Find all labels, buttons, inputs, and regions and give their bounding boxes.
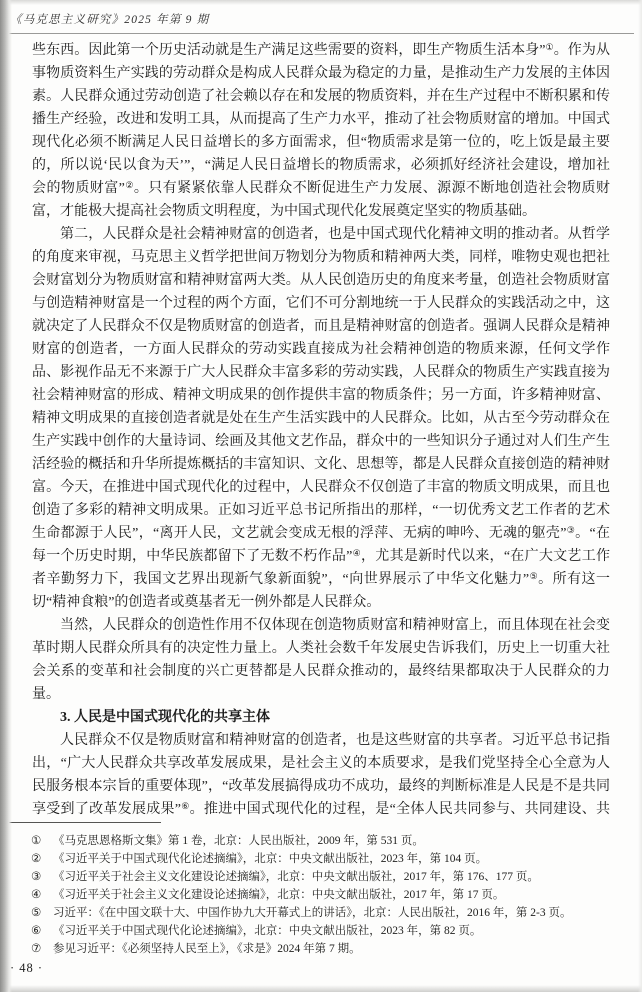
footnote-number: ⑦ [31, 940, 53, 958]
paragraph-spiritual-wealth: 第二，人民群众是社会精神财富的创造者，也是中国式现代化精神文明的推动者。从哲学的… [32, 223, 610, 614]
footnotes-section: ① 《马克思恩格斯文集》第 1 卷，北京：人民出版社，2009 年，第 531 … [0, 822, 632, 958]
paragraph-material-wealth-continued: 些东西。因此第一个历史活动就是生产满足这些需要的资料，即生产物质生活本身”①。作… [32, 39, 610, 223]
footnote-marker: ④ [352, 548, 361, 558]
footnote-item: ① 《马克思恩格斯文集》第 1 卷，北京：人民出版社，2009 年，第 531 … [31, 832, 632, 850]
article-body: 些东西。因此第一个历史活动就是生产满足这些需要的资料，即生产物质生活本身”①。作… [32, 39, 610, 821]
footnote-text: 习近平：《在中国文联十大、中国作协九大开幕式上的讲话》，北京：人民出版社，201… [53, 904, 632, 922]
footnote-text: 《马克思恩格斯文集》第 1 卷，北京：人民出版社，2009 年，第 531 页。 [53, 832, 632, 850]
footnote-text: 参见习近平：《必须坚持人民至上》，《求是》2024 年第 7 期。 [53, 940, 632, 958]
footnote-marker: ⑤ [529, 571, 538, 581]
footnote-number: ⑤ [31, 904, 53, 922]
footnote-item: ⑥ 《习近平关于中国式现代化论述摘编》，北京：中央文献出版社，2023 年，第 … [31, 922, 632, 940]
page-number: · 48 · [10, 961, 43, 976]
footnote-item: ② 《习近平关于中国式现代化论述摘编》，北京：中央文献出版社，2023 年，第 … [31, 850, 632, 868]
journal-issue-line: 《马克思主义研究》2025 年第 9 期 [10, 14, 209, 26]
section-heading-sharing-subject: 3. 人民是中国式现代化的共享主体 [32, 706, 610, 729]
footnote-marker: ③ [566, 525, 575, 535]
footnote-item: ④ 《习近平关于社会主义文化建设论述摘编》，北京：中央文献出版社，2017 年，… [31, 886, 632, 904]
scan-shadow-bottom [0, 985, 642, 992]
paragraph-sharing-subject: 人民群众不仅是物质财富和精神财富的创造者，也是这些财富的共享者。习近平总书记指出… [32, 729, 610, 821]
footnote-marker: ② [125, 180, 134, 190]
footnote-list: ① 《马克思恩格斯文集》第 1 卷，北京：人民出版社，2009 年，第 531 … [0, 832, 632, 958]
scan-shadow-right [638, 0, 642, 992]
running-header: 《马克思主义研究》2025 年第 9 期 [10, 10, 634, 28]
footnote-number: ② [31, 850, 53, 868]
scan-shadow-top [0, 0, 642, 5]
footnote-item: ⑦ 参见习近平：《必须坚持人民至上》，《求是》2024 年第 7 期。 [31, 940, 632, 958]
footnote-number: ⑥ [31, 922, 53, 940]
paragraph-decisive-force: 当然，人民群众的创造性作用不仅体现在创造物质财富和精神财富上，而且体现在社会变革… [32, 614, 610, 706]
footnote-separator [9, 822, 161, 823]
footnote-number: ① [31, 832, 53, 850]
footnote-text: 《习近平关于中国式现代化论述摘编》，北京：中央文献出版社，2023 年，第 82… [53, 922, 632, 940]
footnote-number: ③ [31, 868, 53, 886]
scan-shadow-left [0, 0, 12, 992]
footnote-number: ④ [31, 886, 53, 904]
footnote-text: 《习近平关于社会主义文化建设论述摘编》，北京：中央文献出版社，2017 年，第 … [53, 886, 632, 904]
journal-page: 《马克思主义研究》2025 年第 9 期 些东西。因此第一个历史活动就是生产满足… [0, 0, 642, 992]
footnote-marker: ① [545, 42, 553, 52]
footnote-item: ③ 《习近平关于社会主义文化建设论述摘编》，北京：中央文献出版社，2017 年，… [31, 868, 632, 886]
header-rule [8, 33, 634, 34]
footnote-text: 《习近平关于社会主义文化建设论述摘编》，北京：中央文献出版社，2017 年，第 … [53, 868, 632, 886]
footnote-text: 《习近平关于中国式现代化论述摘编》，北京：中央文献出版社，2023 年，第 10… [53, 850, 632, 868]
footnote-item: ⑤ 习近平：《在中国文联十大、中国作协九大开幕式上的讲话》，北京：人民出版社，2… [31, 904, 632, 922]
footnote-marker: ⑥ [181, 801, 190, 811]
